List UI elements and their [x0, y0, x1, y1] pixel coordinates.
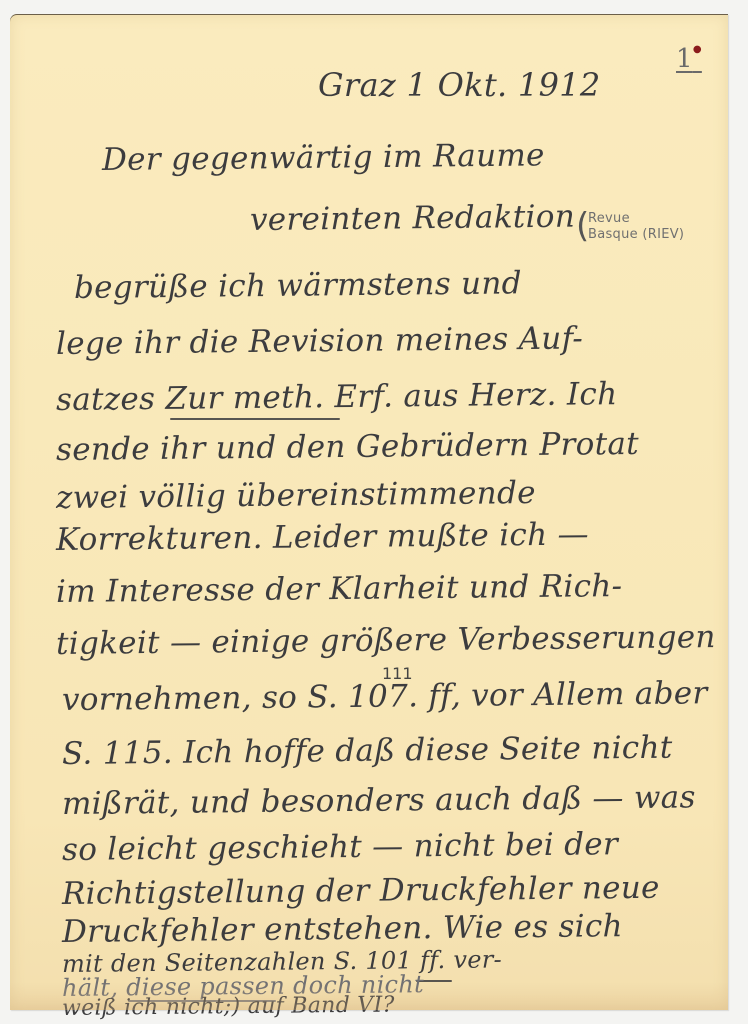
underline-diese: [128, 1000, 276, 1002]
marginal-note-bracket: (: [576, 209, 590, 243]
marginal-note-line-1: Revue: [588, 211, 684, 227]
letter-line-10: tigkeit — einige größere Verbesserungen: [56, 619, 716, 662]
letter-line-1: Der gegenwärtig im Raume: [102, 137, 545, 178]
letter-line-18: hält, diese passen doch nicht: [62, 970, 424, 1002]
letter-line-12: S. 115. Ich hoffe daß diese Seite nicht: [62, 730, 673, 772]
letter-line-6: sende ihr und den Gebrüdern Protat: [56, 426, 639, 468]
letter-line-2: vereinten Redaktion: [250, 199, 575, 238]
page-number: 1●: [676, 44, 702, 74]
place-date-heading: Graz 1 Okt. 1912: [318, 66, 601, 104]
letter-line-16: Druckfehler entstehen. Wie es sich: [62, 908, 623, 950]
letter-line-14: so leicht geschieht — nicht bei der: [62, 826, 618, 868]
letter-line-9: im Interesse der Klarheit und Rich-: [56, 568, 623, 610]
red-ink-dot: ●: [693, 44, 702, 55]
marginal-note: ( Revue Basque (RIEV): [588, 211, 684, 243]
letter-line-13: mißrät, und besonders auch daß — was: [62, 779, 696, 822]
marginal-note-line-2: Basque (RIEV): [588, 227, 684, 243]
letter-line-7: zwei völlig übereinstimmende: [56, 475, 536, 516]
scanned-page: Graz 1 Okt. 1912 1● Der gegenwärtig im R…: [0, 0, 748, 1024]
letter-line-19: weiß ich nicht;) auf Band VI?: [62, 993, 395, 1021]
letter-line-8: Korrekturen. Leider mußte ich —: [56, 516, 589, 558]
underline-zur-meth-erf: [170, 418, 340, 420]
page-number-value: 1: [676, 44, 693, 74]
letter-line-5: satzes Zur meth. Erf. aus Herz. Ich: [56, 376, 618, 418]
letter-line-11: vornehmen, so S. 107. ff, vor Allem aber: [62, 675, 708, 718]
letter-line-3: begrüße ich wärmstens und: [74, 265, 522, 306]
letter-line-15: Richtigstellung der Druckfehler neue: [62, 870, 660, 912]
letter-paper: Graz 1 Okt. 1912 1● Der gegenwärtig im R…: [10, 14, 728, 1010]
letter-line-4: lege ihr die Revision meines Auf-: [56, 320, 583, 362]
